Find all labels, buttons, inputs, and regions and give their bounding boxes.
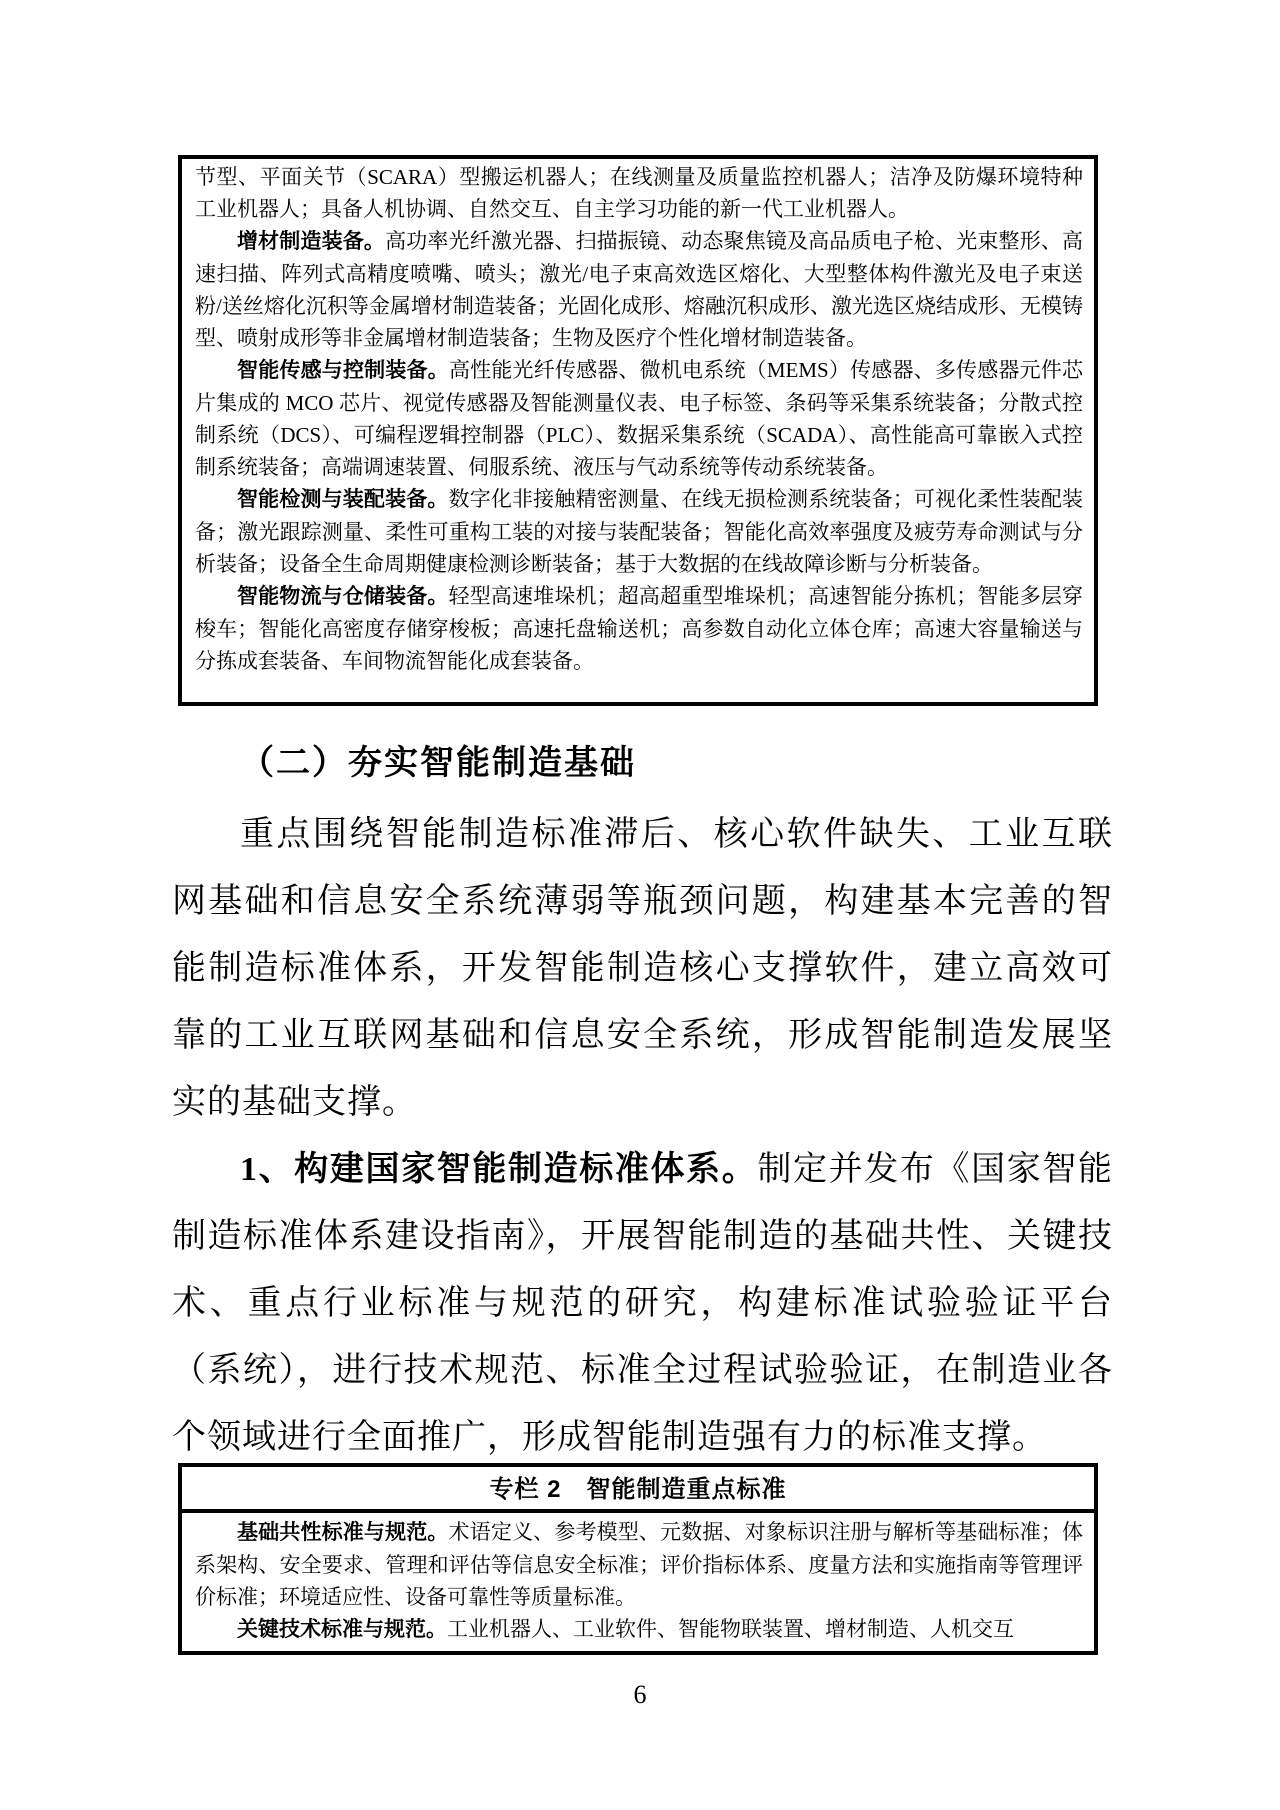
paragraph-lead: 智能检测与装配装备。 <box>237 488 449 511</box>
paragraph-lead: 智能传感与控制装备。 <box>237 359 449 382</box>
paragraph-lead: 关键技术标准与规范。 <box>237 1618 447 1641</box>
paragraph-text: 工业机器人、工业软件、智能物联装置、增材制造、人机交互 <box>447 1617 1014 1641</box>
standards-box-title: 专栏 2 智能制造重点标准 <box>182 1467 1094 1513</box>
box-paragraph-sensing-control: 智能传感与控制装备。高性能光纤传感器、微机电系统（MEMS）传感器、多传感器元件… <box>195 354 1083 483</box>
paragraph-text: 节型、平面关节（SCARA）型搬运机器人；在线测量及质量监控机器人；洁净及防爆环… <box>195 165 1083 221</box>
paragraph-lead: 1、构建国家智能制造标准体系。 <box>240 1151 757 1188</box>
box-paragraph-basic-common-standards: 基础共性标准与规范。术语定义、参考模型、元数据、对象标识注册与解析等基础标准；体… <box>195 1516 1083 1613</box>
box-paragraph-logistics-warehousing: 智能物流与仓储装备。轻型高速堆垛机；超高超重型堆垛机；高速智能分拣机；智能多层穿… <box>195 580 1083 677</box>
standards-box-body: 基础共性标准与规范。术语定义、参考模型、元数据、对象标识注册与解析等基础标准；体… <box>182 1513 1094 1646</box>
section-heading: （二）夯实智能制造基础 <box>172 738 1113 790</box>
paragraph-lead: 基础共性标准与规范。 <box>237 1521 449 1544</box>
box-paragraph-additive-manufacturing: 增材制造装备。高功率光纤激光器、扫描振镜、动态聚焦镜及高品质电子枪、光束整形、高… <box>195 225 1083 354</box>
body-text: 重点围绕智能制造标准滞后、核心软件缺失、工业互联网基础和信息安全系统薄弱等瓶颈问… <box>172 801 1113 1471</box>
paragraph-text: 重点围绕智能制造标准滞后、核心软件缺失、工业互联网基础和信息安全系统薄弱等瓶颈问… <box>172 816 1113 1121</box>
paragraph-lead: 增材制造装备。 <box>237 230 385 253</box>
body-paragraph: 重点围绕智能制造标准滞后、核心软件缺失、工业互联网基础和信息安全系统薄弱等瓶颈问… <box>172 801 1113 1136</box>
standards-box: 专栏 2 智能制造重点标准 基础共性标准与规范。术语定义、参考模型、元数据、对象… <box>178 1463 1098 1655</box>
body-paragraph-numbered: 1、构建国家智能制造标准体系。制定并发布《国家智能制造标准体系建设指南》，开展智… <box>172 1136 1113 1471</box>
box-paragraph-inspection-assembly: 智能检测与装配装备。数字化非接触精密测量、在线无损检测系统装备；可视化柔性装配装… <box>195 483 1083 580</box>
page-number: 6 <box>0 1680 1280 1710</box>
equipment-list-box: 节型、平面关节（SCARA）型搬运机器人；在线测量及质量监控机器人；洁净及防爆环… <box>178 155 1098 706</box>
paragraph-text: 制定并发布《国家智能制造标准体系建设指南》，开展智能制造的基础共性、关键技术、重… <box>172 1151 1113 1456</box>
paragraph-lead: 智能物流与仓储装备。 <box>237 585 449 608</box>
box-paragraph-continuation: 节型、平面关节（SCARA）型搬运机器人；在线测量及质量监控机器人；洁净及防爆环… <box>195 161 1083 225</box>
box-paragraph-key-technology-standards: 关键技术标准与规范。工业机器人、工业软件、智能物联装置、增材制造、人机交互 <box>195 1613 1083 1646</box>
